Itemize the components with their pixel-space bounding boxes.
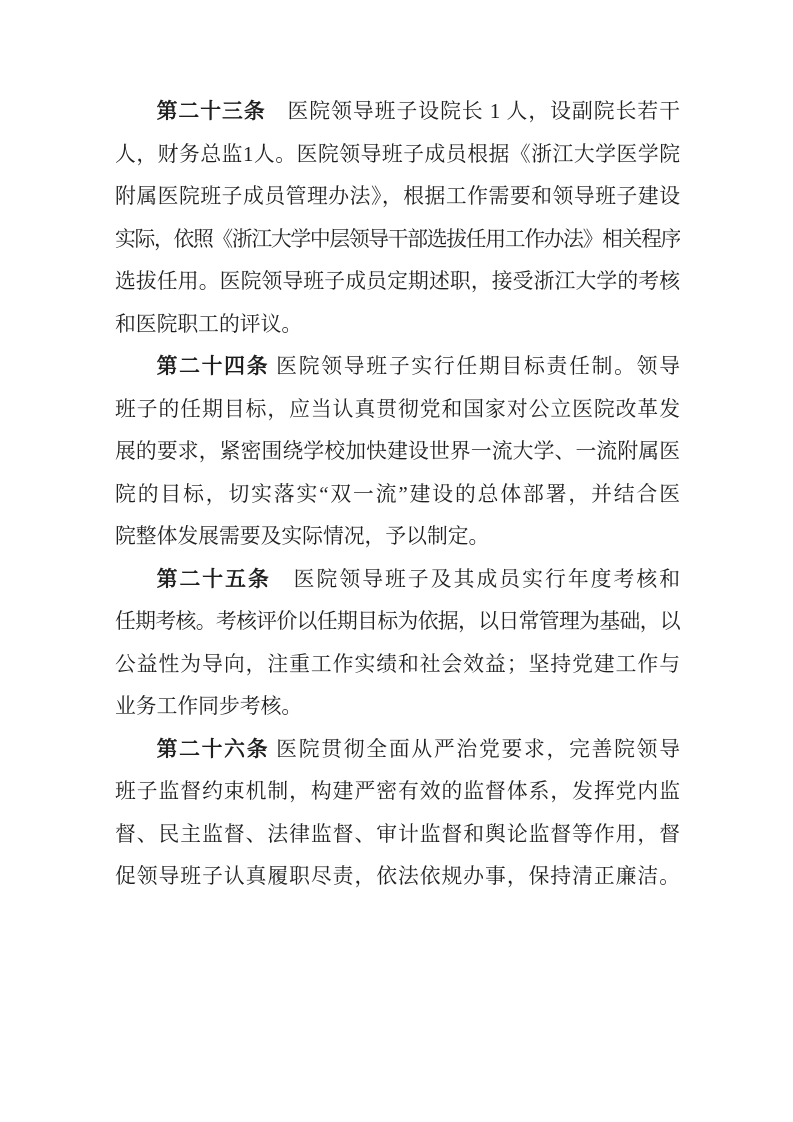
article-25-paragraph: 第二十五条 医院领导班子及其成员实行年度考核和 任期考核。考核评价以任期目标为依… <box>115 559 680 729</box>
text-line: 第二十三条 医院领导班子设院长 1 人，设副院长若干 <box>115 91 680 134</box>
text-line: 任期考核。考核评价以任期目标为依据，以日常管理为基础，以 <box>115 601 680 644</box>
article-25-number: 第二十五条 <box>157 568 271 591</box>
article-25-text: 医院领导班子及其成员实行年度考核和 <box>271 568 680 591</box>
article-23-paragraph: 第二十三条 医院领导班子设院长 1 人，设副院长若干 人，财务总监1人。医院领导… <box>115 91 680 346</box>
text-line: 公益性为导向，注重工作实绩和社会效益；坚持党建工作与 <box>115 644 680 687</box>
text-line: 和医院职工的评议。 <box>115 304 680 347</box>
article-24-paragraph: 第二十四条 医院领导班子实行任期目标责任制。领导 班子的任期目标，应当认真贯彻党… <box>115 346 680 559</box>
text-line: 第二十四条 医院领导班子实行任期目标责任制。领导 <box>115 346 680 389</box>
text-line: 班子监督约束机制，构建严密有效的监督体系，发挥党内监 <box>115 771 680 814</box>
text-line: 业务工作同步考核。 <box>115 686 680 729</box>
text-line: 实际，依照《浙江大学中层领导干部选拔任用工作办法》相关程序 <box>115 219 680 262</box>
text-line: 附属医院班子成员管理办法》，根据工作需要和领导班子建设 <box>115 176 680 219</box>
text-line: 第二十六条 医院贯彻全面从严治党要求，完善院领导 <box>115 729 680 772</box>
text-line: 展的要求，紧密围绕学校加快建设世界一流大学、一流附属医 <box>115 431 680 474</box>
document-page: 第二十三条 医院领导班子设院长 1 人，设副院长若干 人，财务总监1人。医院领导… <box>0 0 793 1122</box>
article-26-number: 第二十六条 <box>157 738 270 761</box>
article-26-text: 医院贯彻全面从严治党要求，完善院领导 <box>269 738 680 761</box>
text-line: 选拔任用。医院领导班子成员定期述职，接受浙江大学的考核 <box>115 261 680 304</box>
text-line: 班子的任期目标，应当认真贯彻党和国家对公立医院改革发 <box>115 389 680 432</box>
article-26-paragraph: 第二十六条 医院贯彻全面从严治党要求，完善院领导 班子监督约束机制，构建严密有效… <box>115 729 680 899</box>
article-23-number: 第二十三条 <box>157 100 266 123</box>
text-line: 第二十五条 医院领导班子及其成员实行年度考核和 <box>115 559 680 602</box>
text-line: 人，财务总监1人。医院领导班子成员根据《浙江大学医学院 <box>115 134 680 177</box>
text-line: 院整体发展需要及实际情况，予以制定。 <box>115 516 680 559</box>
text-line: 督、民主监督、法律监督、审计监督和舆论监督等作用，督 <box>115 814 680 857</box>
text-line: 院的目标，切实落实“双一流”建设的总体部署，并结合医 <box>115 474 680 517</box>
article-24-text: 医院领导班子实行任期目标责任制。领导 <box>269 355 680 378</box>
text-line: 促领导班子认真履职尽责，依法依规办事，保持清正廉洁。 <box>115 856 680 899</box>
article-23-text: 医院领导班子设院长 1 人，设副院长若干 <box>266 100 680 123</box>
article-24-number: 第二十四条 <box>157 355 270 378</box>
